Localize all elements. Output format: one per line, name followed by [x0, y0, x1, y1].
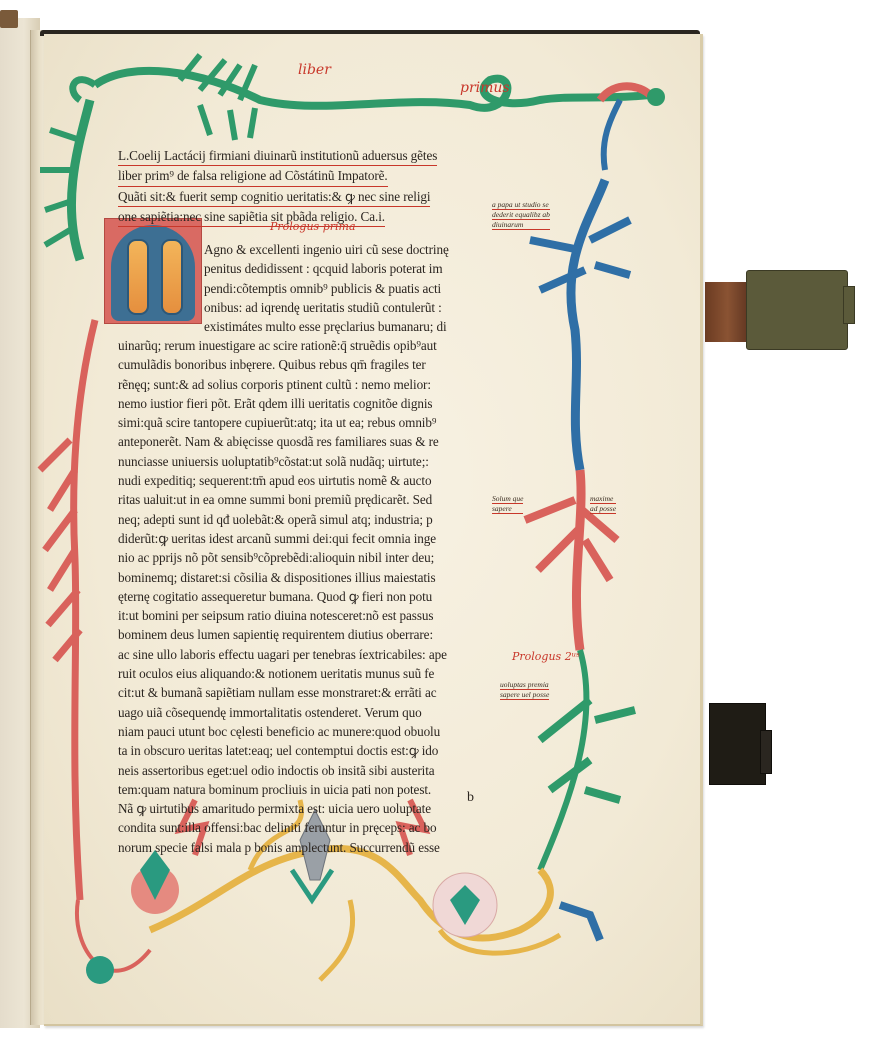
margin-note-line: ad posse — [590, 504, 616, 514]
body-text-indented: Agno & excellenti ingenio uiri cũ sese d… — [204, 240, 494, 336]
running-head-left: liber — [298, 62, 331, 78]
margin-note-line: diuinarum — [492, 220, 550, 230]
body-line: ęternę cogitatio assequeretur bumana. Qu… — [118, 587, 490, 606]
body-text: uinarũq; rerum inuestigare ac scire rati… — [118, 336, 490, 857]
body-line: uago uiã cõsequendę immortalitatis osten… — [118, 703, 490, 722]
body-line: anteponerẽt. Nam & abięcisse quosdã res … — [118, 432, 490, 451]
body-line: niam pauci utunt boc cęlesti beneficio a… — [118, 722, 490, 741]
body-line: pendi:cõtemptis omnib⁹ publicis & puatis… — [204, 279, 494, 298]
signature-mark: b — [467, 790, 474, 806]
clasp-lower-hook — [760, 730, 772, 774]
body-line: ritas ualuit:ut in ea omne summi boni pr… — [118, 490, 490, 509]
initial-stem-left — [127, 239, 149, 315]
margin-note-line: a papa ut studio se — [492, 200, 550, 210]
body-line: nemo iustior fieri põt. Erãt qdem illi u… — [118, 394, 490, 413]
body-line: onibus: ad iqrendę ueritatis studiũ cont… — [204, 298, 494, 317]
body-line: Agno & excellenti ingenio uiri cũ sese d… — [204, 240, 494, 259]
clasp-strap-upper — [705, 282, 750, 342]
body-line: ruit oculos eius aliquando:& notionem ue… — [118, 664, 490, 683]
initial-stem-right — [161, 239, 183, 315]
margin-note-line: maxime — [590, 494, 616, 504]
body-line: bominemq; distaret:si cõsilia & disposit… — [118, 568, 490, 587]
body-line: nudi expeditiq; sequerent:tm̄ apud eos u… — [118, 471, 490, 490]
margin-note-4: uoluptas premia sapere uel posse — [500, 680, 549, 700]
margin-rubric-prologue-2: Prologus 2ᵘˢ — [512, 650, 580, 663]
margin-note-line: dederit equalibz ab — [492, 210, 550, 220]
body-line: neq; adepti sunt id qđ uolebãt:& operã s… — [118, 510, 490, 529]
margin-note-line: uoluptas premia — [500, 680, 549, 690]
body-line: existimátes multo esse pręclarius bumana… — [204, 317, 494, 336]
heading-line: Quãti sit:& fuerit semp cognitio ueritat… — [118, 187, 430, 207]
heading-line: liber prim⁹ de falsa religione ad Cõstát… — [118, 166, 388, 186]
body-line: norum specie falsi mala p bonis amplectu… — [118, 838, 490, 857]
body-line: nio ac pprijs nõ põt sensib⁹cõprebẽdi:al… — [118, 548, 490, 567]
margin-note-line: sapere uel posse — [500, 690, 549, 700]
heading-line: L.Coelij Lactácij firmiani diuinarũ inst… — [118, 146, 437, 166]
body-line: neis assertoribus eget:uel odio indoctis… — [118, 761, 490, 780]
running-head-right: primus — [460, 80, 510, 96]
book-cover-corner — [0, 10, 18, 28]
margin-note-2: Solum que sapere — [492, 494, 523, 514]
body-line: uinarũq; rerum inuestigare ac scire rati… — [118, 336, 490, 355]
body-line: rẽnęq; sunt:& ad solius corporis ptinent… — [118, 375, 490, 394]
clasp-lower — [709, 703, 766, 785]
margin-note-3: maxime ad posse — [590, 494, 616, 514]
body-line: bominem deus lumen sapientię requirentem… — [118, 625, 490, 644]
body-line: ta in obscuro ueritas latet:eaq; uel con… — [118, 741, 490, 760]
clasp-upper — [746, 270, 848, 350]
body-line: cit:ut & bumanã sapiẽtiam nullam esse mo… — [118, 683, 490, 702]
margin-note-line: sapere — [492, 504, 523, 514]
body-line: it:ut bomini per seipsum ratio diuina no… — [118, 606, 490, 625]
body-line: simi:quã scire tantopere cupiuerũt:atq; … — [118, 413, 490, 432]
margin-note-1: a papa ut studio se dederit equalibz ab … — [492, 200, 550, 230]
chapter-heading: L.Coelij Lactácij firmiani diuinarũ inst… — [118, 146, 490, 227]
body-line: ac sine ullo laboris effectu uagari per … — [118, 645, 490, 664]
body-line: diderũt:ꝙ ueritas idest arcanũ summi dei… — [118, 529, 490, 548]
prologue-rubric: Prologus prima — [270, 220, 356, 233]
body-line: tem:quam natura bominum procliuis in uic… — [118, 780, 490, 799]
body-line: Nã ꝙ uirtutibus amaritudo permixta est: … — [118, 799, 490, 818]
margin-note-line: Solum que — [492, 494, 523, 504]
illuminated-initial-m — [104, 218, 202, 324]
clasp-upper-hook — [843, 286, 855, 324]
body-line: cumulãdis bonoribus inbęrere. Quibus reb… — [118, 355, 490, 374]
body-line: nunciasse uniuersis uoluptatib⁹cõstat:ut… — [118, 452, 490, 471]
body-line: condita sunt:illa offensi:bac deliniti f… — [118, 818, 490, 837]
body-line: penitus dedidissent : qcquid laboris pot… — [204, 259, 494, 278]
